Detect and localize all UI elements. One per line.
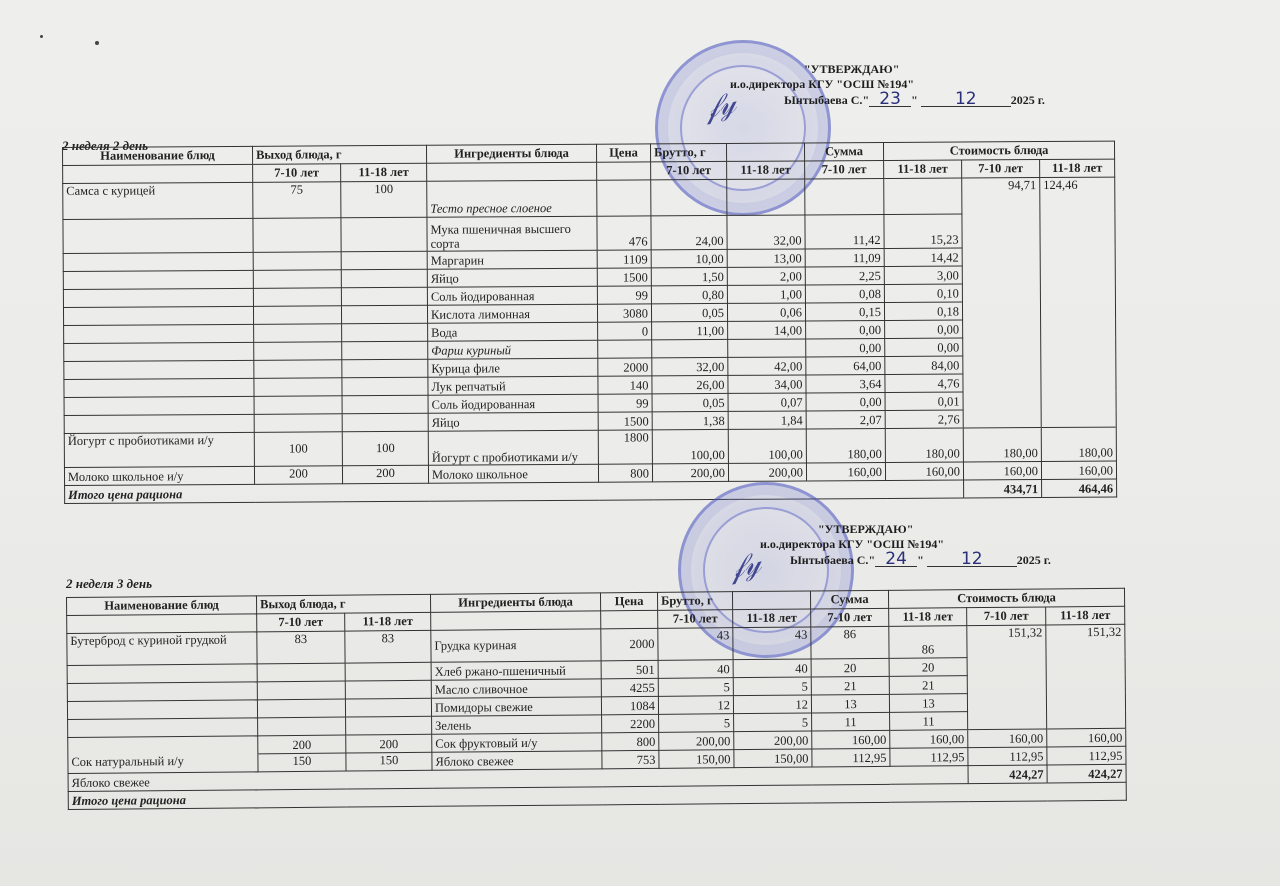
brutto-old: 40 [733, 659, 811, 678]
brutto-young: 5 [658, 678, 733, 697]
brutto-young: 32,00 [652, 357, 728, 375]
ingredient-name: Йогурт с пробиотиками и/у [428, 430, 598, 465]
sum-old [884, 178, 962, 214]
ingredient-name: Лук репчатый [428, 376, 598, 395]
ingredient-name: Вода [428, 322, 598, 341]
brutto-old: 43 [733, 627, 811, 660]
sum-young [805, 178, 884, 214]
dish-name-spacer [68, 736, 258, 756]
header-yield: Выход блюда, г [256, 594, 430, 614]
dish-name: Самса с курицей [63, 182, 253, 219]
approval-block-1: "УТВЕРЖДАЮ" и.о.директора КГУ "ОСШ №194"… [730, 62, 1045, 108]
ingredient-price: 1500 [598, 412, 652, 430]
brutto-old: 200,00 [734, 731, 812, 750]
dish-yield-old: 150 [346, 752, 432, 771]
ingredient-name: Соль йодированная [427, 286, 597, 305]
approval-year: 2025 г. [1011, 93, 1045, 107]
sum-old: 14,42 [884, 248, 962, 266]
brutto-old: 32,00 [727, 215, 805, 249]
ingredient-price: 2200 [602, 714, 659, 732]
brutto-old: 100,00 [728, 429, 806, 463]
header-age-old: 11-18 лет [884, 160, 962, 178]
brutto-young [652, 339, 728, 357]
ingredient-name: Хлеб ржано-пшеничный [431, 661, 601, 680]
sum-old: 15,23 [884, 214, 962, 248]
ingredient-name: Зелень [432, 715, 602, 734]
brutto-old [728, 339, 806, 357]
ingredient-price: 476 [597, 216, 651, 250]
approval-block-2: "УТВЕРЖДАЮ" и.о.директора КГУ "ОСШ №194"… [760, 522, 1051, 568]
sum-old: 3,00 [884, 266, 962, 284]
sum-young: 11,09 [805, 248, 884, 266]
dish-cost-young: 180,00 [963, 428, 1041, 462]
dish-name: Бутерброд с куриной грудкой [67, 632, 257, 666]
brutto-young: 100,00 [652, 429, 728, 463]
total-old: 464,46 [1042, 479, 1117, 497]
sum-old: 180,00 [885, 428, 963, 462]
sum-old: 112,95 [890, 748, 968, 767]
dish-cost-old: 180,00 [1041, 427, 1116, 461]
brutto-young [651, 179, 727, 215]
ingredient-price: 99 [597, 286, 651, 304]
header-dish-name: Наименование блюд [67, 596, 257, 616]
speck [95, 41, 99, 45]
header-yield: Выход блюда, г [252, 145, 426, 164]
brutto-old: 42,00 [728, 357, 806, 375]
header-dish-name: Наименование блюд [63, 146, 253, 165]
day-title: 2 неделя 3 день [66, 576, 152, 592]
brutto-young: 24,00 [651, 215, 727, 249]
header-age-old: 11-18 лет [733, 609, 811, 628]
brutto-old [727, 179, 805, 215]
sum-old: 20 [889, 658, 967, 677]
dish-cost-old: 124,46 [1040, 177, 1117, 427]
brutto-young: 1,38 [652, 411, 728, 429]
header-age-young: 7-10 лет [967, 607, 1046, 626]
dish-name-text: Сок натуральный и/у [71, 754, 184, 769]
brutto-young: 40 [658, 660, 733, 679]
dish-yield-old: 83 [345, 630, 431, 663]
ingredient-name: Молоко школьное [428, 464, 598, 483]
sum-young: 0,08 [805, 284, 884, 302]
sum-young: 2,25 [805, 266, 884, 284]
brutto-young: 12 [658, 696, 733, 715]
approval-name: Ынтыбаева С. [790, 553, 868, 567]
brutto-young: 0,05 [651, 303, 727, 321]
ingredient-price: 1800 [598, 430, 652, 464]
header-age-old: 11-18 лет [1040, 159, 1115, 177]
sum-young: 0,15 [805, 302, 884, 320]
approval-year: 2025 г. [1017, 553, 1051, 567]
brutto-old: 5 [733, 677, 811, 696]
sum-young: 86 [811, 626, 889, 659]
sum-old: 86 [889, 626, 967, 659]
sum-young: 20 [811, 658, 889, 677]
header-age-young: 7-10 лет [658, 610, 733, 629]
dish-yield-young: 200 [254, 466, 342, 485]
brutto-old: 0,07 [728, 393, 806, 411]
header-age-young: 7-10 лет [651, 161, 727, 179]
ingredient-price: 4255 [601, 678, 658, 696]
dish-yield-young: 150 [258, 753, 346, 772]
ingredient-name: Грудка куриная [431, 629, 601, 662]
brutto-old: 13,00 [727, 249, 805, 267]
ingredient-price: 99 [598, 394, 652, 412]
signature: 𝒻𝓎 [727, 545, 764, 586]
ingredient-name: Мука пшеничная высшего сорта [427, 216, 597, 251]
dish-name: Молоко школьное и/у [64, 466, 254, 485]
ingredient-name: Соль йодированная [428, 394, 598, 413]
speck [40, 35, 43, 38]
sum-young: 160,00 [806, 462, 885, 480]
brutto-old: 2,00 [727, 267, 805, 285]
sum-young: 0,00 [806, 320, 885, 338]
ingredient-name: Кислота лимонная [427, 304, 597, 323]
sum-young: 2,07 [806, 410, 885, 428]
sum-old: 11 [890, 712, 968, 731]
sum-young: 13 [811, 694, 889, 713]
ingredient-price [598, 340, 652, 358]
header-ingredients: Ингредиенты блюда [426, 144, 596, 163]
ingredient-price [597, 180, 651, 216]
header-price: Цена [596, 144, 650, 162]
ingredient-name: Масло сливочное [431, 679, 601, 698]
header-sum: Сумма [810, 590, 888, 609]
approval-title: "УТВЕРЖДАЮ" [730, 62, 1045, 77]
sum-young: 64,00 [806, 356, 885, 374]
dish-cost-young: 160,00 [963, 462, 1041, 480]
header-age-young: 7-10 лет [805, 160, 884, 178]
ingredient-price: 140 [598, 376, 652, 394]
approval-day: 24 [875, 552, 917, 567]
brutto-old: 200,00 [728, 463, 806, 481]
ingredient-price: 800 [602, 732, 659, 750]
dish-yield-old: 100 [342, 431, 428, 466]
sum-young: 112,95 [812, 748, 890, 767]
header-age-old: 11-18 лет [727, 161, 805, 179]
header-age-old: 11-18 лет [341, 163, 427, 182]
dish-cost-old: 112,95 [1047, 746, 1126, 765]
brutto-old: 12 [733, 695, 811, 714]
dish-yield-young: 200 [258, 735, 346, 754]
ingredient-name: Тесто пресное слоеное [427, 180, 597, 217]
total-old: 424,27 [1047, 764, 1126, 783]
brutto-old: 34,00 [728, 375, 806, 393]
ingredient-name: Курица филе [428, 358, 598, 377]
sum-young: 180,00 [806, 428, 885, 462]
sum-young: 11 [812, 712, 890, 731]
ingredient-name: Сок фруктовый и/у [432, 733, 602, 752]
brutto-young: 150,00 [659, 750, 734, 769]
header-age-old: 11-18 лет [1046, 606, 1125, 625]
brutto-young: 0,80 [651, 285, 727, 303]
header-age-old: 11-18 лет [889, 608, 967, 627]
sum-old: 4,76 [885, 374, 963, 392]
header-brutto: Брутто, г [650, 143, 726, 161]
dish-cost-old: 160,00 [1047, 728, 1126, 747]
dish-yield-old: 200 [342, 465, 428, 484]
sum-old: 0,10 [884, 284, 962, 302]
approval-title: "УТВЕРЖДАЮ" [760, 522, 1051, 537]
dish-cost-old: 151,32 [1046, 624, 1126, 729]
ingredient-price: 753 [602, 750, 659, 768]
header-price: Цена [600, 592, 657, 610]
brutto-young: 11,00 [652, 321, 728, 339]
ingredient-price: 1084 [601, 696, 658, 714]
header-age-young: 7-10 лет [253, 164, 341, 183]
dish-yield-young: 83 [257, 631, 345, 664]
dish-yield-young: 75 [253, 182, 341, 219]
approval-month: 12 [921, 92, 1011, 107]
sum-old: 21 [889, 676, 967, 695]
ingredient-price: 0 [598, 322, 652, 340]
brutto-young: 10,00 [651, 249, 727, 267]
brutto-young: 43 [658, 628, 733, 661]
sum-young: 160,00 [812, 730, 890, 749]
total-young: 434,71 [964, 480, 1042, 498]
ingredient-price: 2000 [601, 628, 658, 660]
ingredient-name: Яйцо [428, 412, 598, 431]
sum-old: 0,00 [885, 320, 963, 338]
menu-table-day-1: Наименование блюд Выход блюда, г Ингреди… [62, 141, 1117, 504]
header-age-young: 7-10 лет [962, 160, 1040, 178]
sum-young: 3,64 [806, 374, 885, 392]
ingredient-price: 1109 [597, 250, 651, 268]
sum-young: 11,42 [805, 214, 884, 248]
brutto-old: 1,00 [727, 285, 805, 303]
dish-cost-young: 160,00 [968, 729, 1047, 748]
approval-name: Ынтыбаева С. [784, 93, 862, 107]
brutto-old: 1,84 [728, 411, 806, 429]
dish-cost-young: 94,71 [962, 178, 1042, 428]
sum-old: 0,01 [885, 392, 963, 410]
dish-yield-old: 200 [346, 734, 432, 753]
ingredient-price: 3080 [597, 304, 651, 322]
header-age-young: 7-10 лет [811, 608, 889, 627]
ingredient-price: 2000 [598, 358, 652, 376]
header-age-old: 11-18 лет [345, 612, 431, 631]
ingredient-price: 800 [598, 464, 652, 482]
brutto-old: 150,00 [734, 749, 812, 768]
ingredient-name: Яблоко свежее [432, 751, 602, 770]
ingredient-price: 501 [601, 660, 658, 678]
approval-day: 23 [869, 92, 911, 107]
sum-old: 13 [889, 694, 967, 713]
ingredient-name: Помидоры свежие [431, 697, 601, 716]
sum-old: 2,76 [885, 410, 963, 428]
dish-name: Йогурт с пробиотиками и/у [64, 432, 254, 467]
sum-old: 0,18 [884, 302, 962, 320]
brutto-young: 200,00 [652, 463, 728, 481]
approval-month: 12 [927, 552, 1017, 567]
ingredient-name: Фарш куриный [428, 340, 598, 359]
brutto-young: 1,50 [651, 267, 727, 285]
brutto-young: 5 [659, 714, 734, 733]
header-cost: Стоимость блюда [888, 588, 1124, 608]
dish-name: Сок натуральный и/у [68, 754, 258, 774]
dish-cost-young: 112,95 [968, 747, 1047, 766]
header-ingredients: Ингредиенты блюда [430, 593, 600, 612]
header-brutto: Брутто, г [657, 592, 732, 611]
sum-old: 160,00 [885, 462, 963, 480]
dish-cost-young: 151,32 [967, 625, 1047, 730]
ingredient-name: Яйцо [427, 268, 597, 287]
menu-table-day-2: Наименование блюд Выход блюда, г Ингреди… [66, 588, 1127, 810]
brutto-young: 26,00 [652, 375, 728, 393]
dish-yield-young: 100 [254, 432, 342, 467]
brutto-old: 5 [734, 713, 812, 732]
dish-cost-old: 160,00 [1041, 461, 1116, 479]
header-cost: Стоимость блюда [883, 141, 1114, 160]
dish-yield-old: 100 [341, 181, 427, 218]
sum-old: 84,00 [885, 356, 963, 374]
ingredient-name: Маргарин [427, 250, 597, 269]
brutto-old: 14,00 [728, 321, 806, 339]
brutto-old: 0,06 [727, 303, 805, 321]
sum-young: 21 [811, 676, 889, 695]
header-sum: Сумма [804, 142, 883, 160]
total-young: 424,27 [968, 765, 1047, 784]
ingredient-price: 1500 [597, 268, 651, 286]
brutto-young: 0,05 [652, 393, 728, 411]
sum-young: 0,00 [806, 338, 885, 356]
brutto-young: 200,00 [659, 732, 734, 751]
header-age-young: 7-10 лет [257, 613, 345, 632]
sum-old: 0,00 [885, 338, 963, 356]
sum-young: 0,00 [806, 392, 885, 410]
sum-old: 160,00 [890, 730, 968, 749]
